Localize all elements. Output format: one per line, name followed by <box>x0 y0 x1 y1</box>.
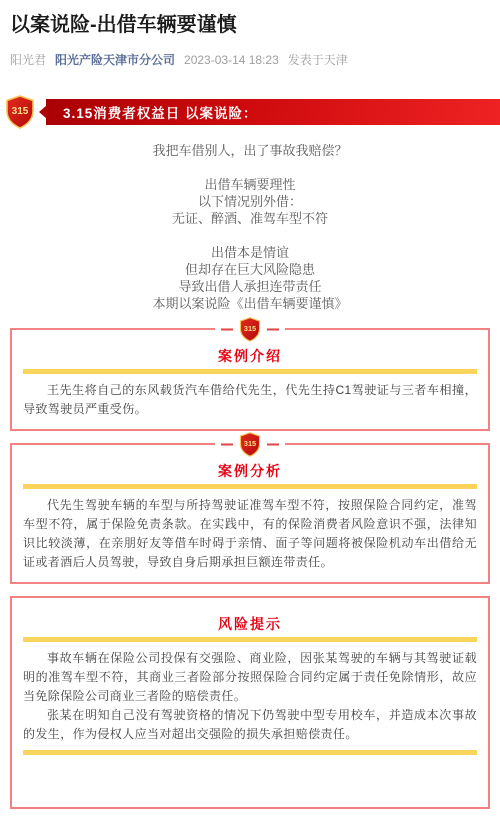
title-underline <box>23 369 477 374</box>
article-page: 以案说险-出借车辆要谨慎 阳光君 阳光产险天津市分公司 2023-03-14 1… <box>0 0 500 839</box>
section-paragraph: 事故车辆在保险公司投保有交强险、商业险，因张某驾驶的车辆与其驾驶证载明的准驾车型… <box>23 649 477 706</box>
shield-315-icon: 315 <box>239 316 261 342</box>
intro-line: 以下情况别外借： <box>10 193 490 210</box>
section-case-analysis: 315 案例分析 代先生驾驶车辆的车型与所持驾驶证准驾车型不符，按照保险合同约定… <box>10 443 490 584</box>
section-paragraph: 王先生将自己的东风载货汽车借给代先生，代先生持C1驾驶证与三者车相撞，导致驾驶员… <box>23 381 477 419</box>
shield-315-icon: 315 <box>239 431 261 457</box>
intro-line <box>10 159 490 176</box>
intro-line: 出借车辆要理性 <box>10 176 490 193</box>
intro-line: 导致出借人承担连带责任 <box>10 278 490 295</box>
section-paragraph: 代先生驾驶车辆的车型与所持驾驶证准驾车型不符，按照保险合同约定，准驾车型不符，属… <box>23 496 477 572</box>
intro-line: 出借本是情谊 <box>10 244 490 261</box>
intro-line: 我把车借别人，出了事故我赔偿？ <box>10 142 490 159</box>
badge-dash-left <box>221 328 233 330</box>
badge-dash-right <box>267 328 279 330</box>
shield-315-icon: 315 <box>5 95 35 129</box>
badge-dash-right <box>267 443 279 445</box>
section-badge: 315 <box>215 316 285 342</box>
shield-315-text: 315 <box>12 106 29 117</box>
page-title: 以案说险-出借车辆要谨慎 <box>10 12 490 38</box>
intro-line: 本期以案说险《出借车辆要谨慎》 <box>10 295 490 312</box>
publish-location: 发表于天津 <box>288 51 348 68</box>
banner-315: 315 3.15消费者权益日 以案说险： <box>5 96 500 128</box>
banner-bar: 3.15消费者权益日 以案说险： <box>46 99 500 125</box>
title-underline <box>23 637 477 642</box>
intro-line: 但却存在巨大风险隐患 <box>10 261 490 278</box>
intro-line <box>10 227 490 244</box>
section-title: 案例介绍 <box>23 346 477 366</box>
section-case-intro: 315 案例介绍 王先生将自己的东风载货汽车借给代先生，代先生持C1驾驶证与三者… <box>10 328 490 431</box>
badge-dash-left <box>221 443 233 445</box>
section-paragraph: 张某在明知自己没有驾驶资格的情况下仍驾驶中型专用校车，并造成本次事故的发生，作为… <box>23 706 477 744</box>
byline: 阳光君 阳光产险天津市分公司 2023-03-14 18:23 发表于天津 <box>10 51 490 68</box>
section-risk-warning: 风险提示 事故车辆在保险公司投保有交强险、商业险，因张某驾驶的车辆与其驾驶证载明… <box>10 596 490 809</box>
title-underline <box>23 484 477 489</box>
account-link[interactable]: 阳光产险天津市分公司 <box>55 51 175 68</box>
banner-label: 3.15消费者权益日 以案说险： <box>63 102 258 122</box>
section-title: 案例分析 <box>23 461 477 481</box>
shield-315-text: 315 <box>244 324 256 333</box>
author-name: 阳光君 <box>10 51 46 68</box>
section-title: 风险提示 <box>23 614 477 634</box>
shield-315-text: 315 <box>244 439 256 448</box>
tail-spacer <box>23 755 477 797</box>
section-badge: 315 <box>215 431 285 457</box>
intro-line: 无证、醉酒、准驾车型不符 <box>10 210 490 227</box>
publish-datetime: 2023-03-14 18:23 <box>184 53 279 67</box>
intro-verse: 我把车借别人，出了事故我赔偿？ 出借车辆要理性 以下情况别外借： 无证、醉酒、准… <box>10 142 490 312</box>
